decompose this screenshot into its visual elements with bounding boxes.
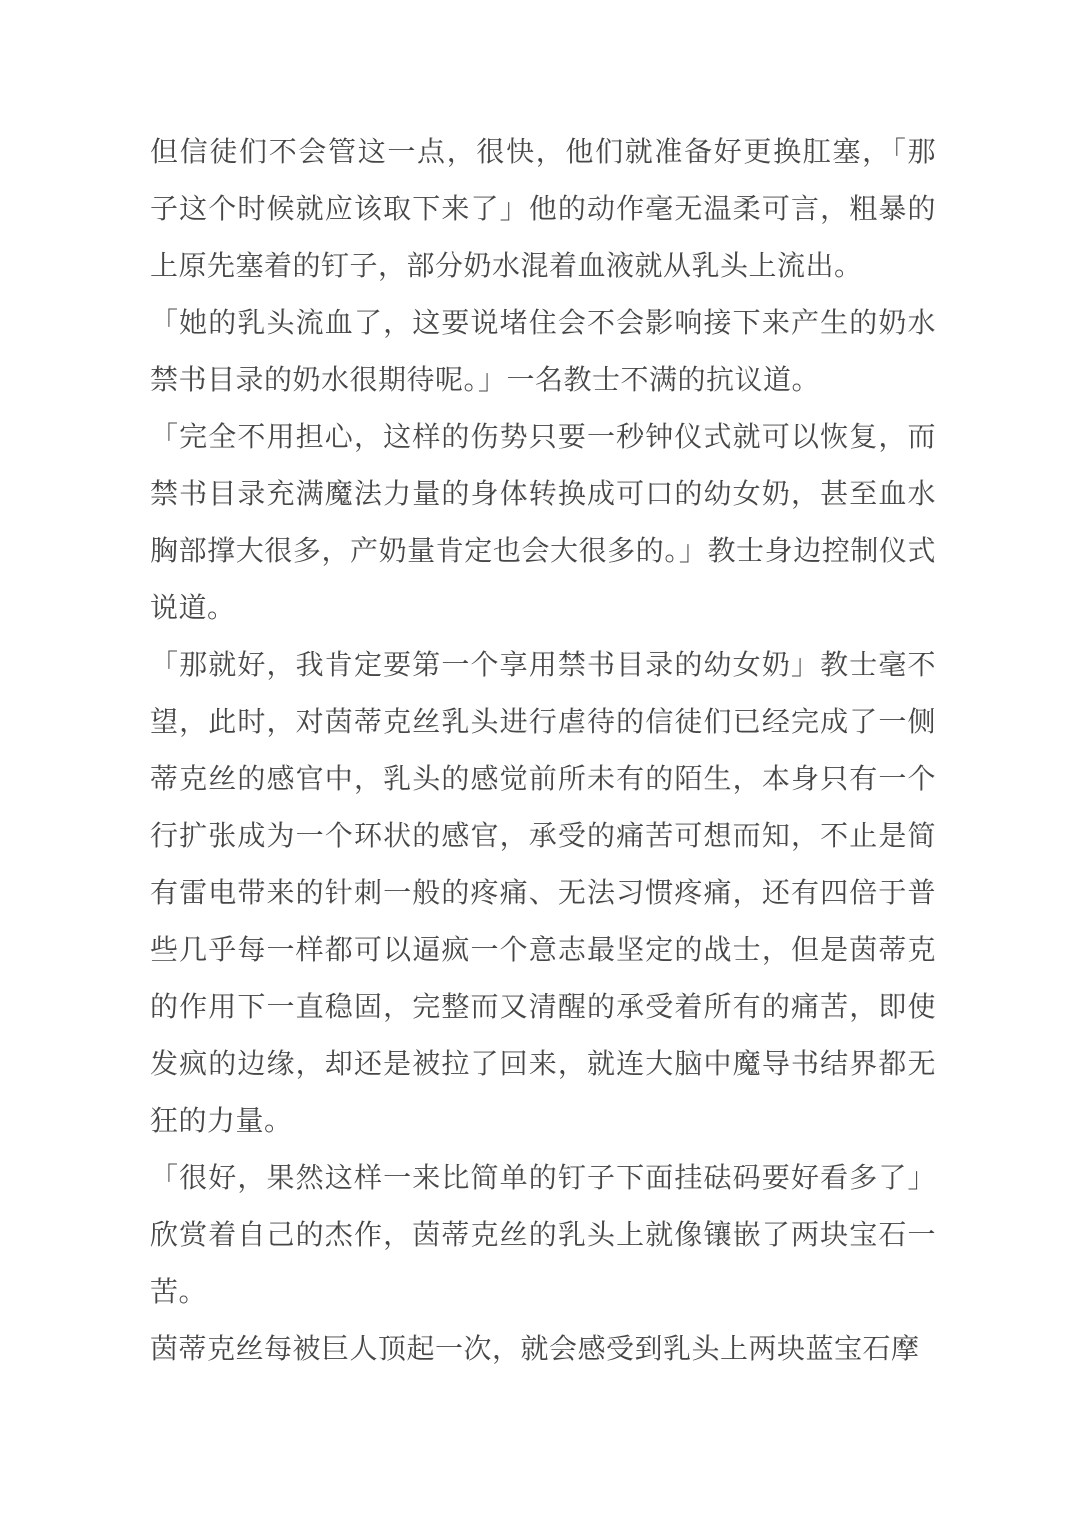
document-page: { "page": { "background_color": "#ffffff… xyxy=(0,0,1080,1527)
paragraph: 茵蒂克丝每被巨人顶起一次，就会感受到乳头上两块蓝宝石摩擦带来的疼痛感， xyxy=(150,1320,936,1377)
text-line: 茵蒂克丝每被巨人顶起一次，就会感受到乳头上两块蓝宝石摩擦带来的疼痛感， xyxy=(150,1320,936,1377)
paragraph: 但信徒们不会管这一点，很快，他们就准备好更换肛塞，「那么，之前的两枚钉子这个时候… xyxy=(150,123,936,294)
paragraph: 「完全不用担心，这样的伤势只要一秒钟仪式就可以恢复，而之后的血水将会被禁书目录充… xyxy=(150,408,936,636)
text-line: 欣赏着自己的杰作，茵蒂克丝的乳头上就像镶嵌了两块宝石一样，美丽但是又痛 xyxy=(150,1206,936,1263)
text-line: 禁书目录的奶水很期待呢。」一名教士不满的抗议道。 xyxy=(150,351,936,408)
text-line: 些几乎每一样都可以逼疯一个意志最坚定的战士，但是茵蒂克丝的精神却在魔法 xyxy=(150,921,936,978)
text-line: 蒂克丝的感官中，乳头的感觉前所未有的陌生，本身只有一个点的感受现在被强 xyxy=(150,750,936,807)
text-line: 行扩张成为一个环状的感官，承受的痛苦可想而知，不止是简单的扩张痛苦，还 xyxy=(150,807,936,864)
text-line: 说道。 xyxy=(150,579,936,636)
text-line: 望，此时，对茵蒂克丝乳头进行虐待的信徒们已经完成了一侧乳头的更换，在茵 xyxy=(150,693,936,750)
text-line: 苦。 xyxy=(150,1263,936,1320)
text-line: 「完全不用担心，这样的伤势只要一秒钟仪式就可以恢复，而之后的血水将会被 xyxy=(150,408,936,465)
text-line: 子这个时候就应该取下来了」他的动作毫无温柔可言，粗暴的扯下茵蒂克丝乳头 xyxy=(150,180,936,237)
paragraph: 「那就好，我肯定要第一个享用禁书目录的幼女奶」教士毫不掩饰自己的变态欲望，此时，… xyxy=(150,636,936,1149)
text-line: 禁书目录充满魔法力量的身体转换成可口的幼女奶，甚至血水回流还会将幼女的 xyxy=(150,465,936,522)
text-line: 胸部撑大很多，产奶量肯定也会大很多的。」教士身边控制仪式的法师狂热的解 xyxy=(150,522,936,579)
text-line: 上原先塞着的钉子，部分奶水混着血液就从乳头上流出。 xyxy=(150,237,936,294)
text-line: 但信徒们不会管这一点，很快，他们就准备好更换肛塞，「那么，之前的两枚钉 xyxy=(150,123,936,180)
text-line: 有雷电带来的针刺一般的疼痛、无法习惯疼痛，还有四倍于普通感觉的痛觉，这 xyxy=(150,864,936,921)
paragraph: 「很好，果然这样一来比简单的钉子下面挂砝码要好看多了」完成更换后的教徒欣赏着自己… xyxy=(150,1149,936,1320)
page-text: 但信徒们不会管这一点，很快，他们就准备好更换肛塞，「那么，之前的两枚钉子这个时候… xyxy=(150,123,936,1377)
text-line: 「那就好，我肯定要第一个享用禁书目录的幼女奶」教士毫不掩饰自己的变态欲 xyxy=(150,636,936,693)
text-line: 「她的乳头流血了，这要说堵住会不会影响接下来产生的奶水啊，我可是对幼女 xyxy=(150,294,936,351)
text-line: 狂的力量。 xyxy=(150,1092,936,1149)
text-line: 的作用下一直稳固，完整而又清醒的承受着所有的痛苦，即使一次又一次的到达 xyxy=(150,978,936,1035)
text-line: 「很好，果然这样一来比简单的钉子下面挂砝码要好看多了」完成更换后的教徒 xyxy=(150,1149,936,1206)
paragraph: 「她的乳头流血了，这要说堵住会不会影响接下来产生的奶水啊，我可是对幼女禁书目录的… xyxy=(150,294,936,408)
text-line: 发疯的边缘，却还是被拉了回来，就连大脑中魔导书结界都无法抵抗这种抗拒疯 xyxy=(150,1035,936,1092)
